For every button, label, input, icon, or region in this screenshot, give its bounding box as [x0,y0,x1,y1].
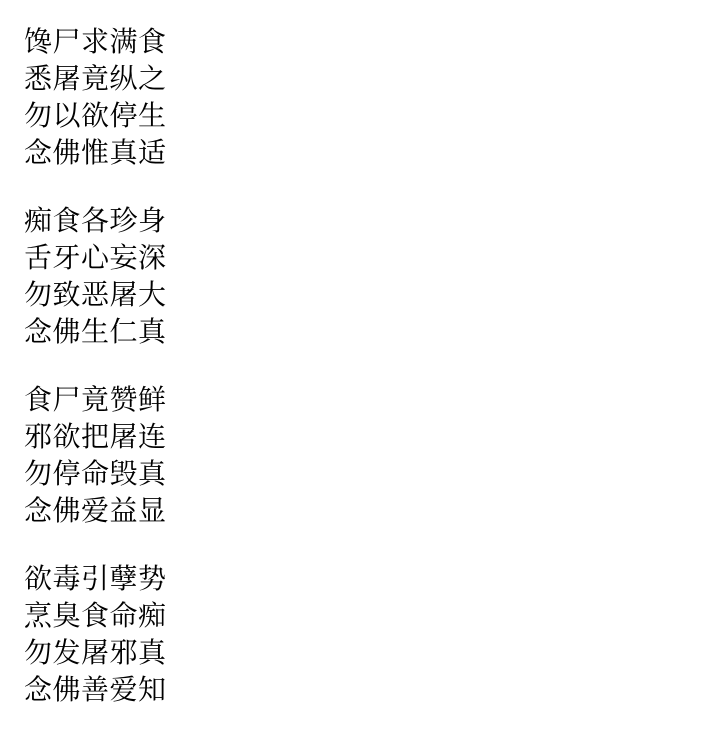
poem-line: 痴食各珍身 [24,202,700,239]
poem-stanza-4: 欲毒引孽势 烹臭食命痴 勿发屠邪真 念佛善爱知 [24,560,700,708]
poem-line: 念佛善爱知 [24,671,700,708]
poem-line: 欲毒引孽势 [24,560,700,597]
poem-line: 勿以欲停生 [24,97,700,134]
poem-line: 馋尸求满食 [24,23,700,60]
poem-line: 食尸竟赞鲜 [24,381,700,418]
poem-line: 勿停命毁真 [24,455,700,492]
poem-line: 悉屠竟纵之 [24,60,700,97]
poem-line: 勿致恶屠大 [24,276,700,313]
poem-stanza-1: 馋尸求满食 悉屠竟纵之 勿以欲停生 念佛惟真适 [24,23,700,171]
poem-line: 念佛生仁真 [24,313,700,350]
poem-line: 念佛惟真适 [24,134,700,171]
poem-line: 邪欲把屠连 [24,418,700,455]
poem-line: 烹臭食命痴 [24,597,700,634]
poem-stanza-3: 食尸竟赞鲜 邪欲把屠连 勿停命毁真 念佛爱益显 [24,381,700,529]
poem-page: 馋尸求满食 悉屠竟纵之 勿以欲停生 念佛惟真适 痴食各珍身 舌牙心妄深 勿致恶屠… [0,0,720,729]
poem-line: 念佛爱益显 [24,492,700,529]
poem-line: 舌牙心妄深 [24,239,700,276]
poem-line: 勿发屠邪真 [24,634,700,671]
poem-stanza-2: 痴食各珍身 舌牙心妄深 勿致恶屠大 念佛生仁真 [24,202,700,350]
